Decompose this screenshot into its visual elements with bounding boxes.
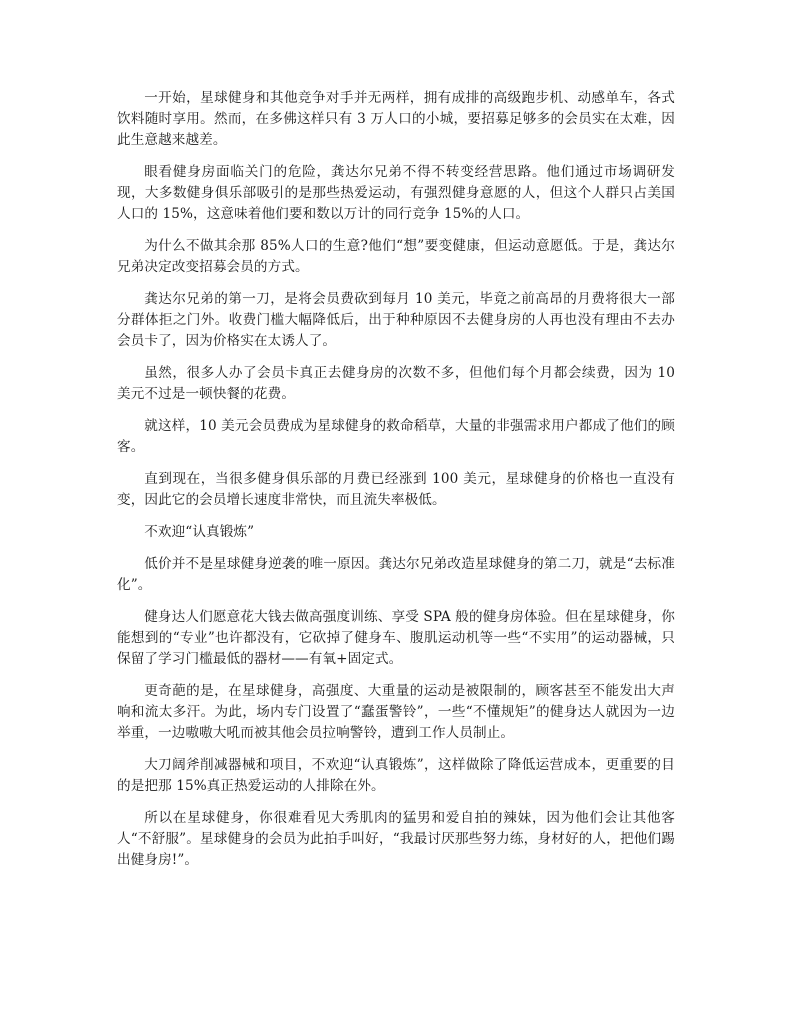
paragraph-11: 更奇葩的是，在星球健身，高强度、大重量的运动是被限制的，顾客甚至不能发出大声响和… xyxy=(117,681,675,744)
paragraph-12: 大刀阔斧削减器械和项目，不欢迎“认真锻炼”，这样做除了降低运营成本，更重要的目的… xyxy=(117,755,675,797)
paragraph-3: 为什么不做其余那 85%人口的生意?他们“想”要变健康，但运动意愿低。于是，龚达… xyxy=(117,236,675,278)
document-page: 一开始，星球健身和其他竞争对手并无两样，拥有成排的高级跑步机、动感单车，各式饮料… xyxy=(117,88,675,882)
paragraph-9: 低价并不是星球健身逆袭的唯一原因。龚达尔兄弟改造星球健身的第二刀，就是“去标准化… xyxy=(117,554,675,596)
paragraph-13: 所以在星球健身，你很难看见大秀肌肉的猛男和爱自拍的辣妹，因为他们会让其他客人“不… xyxy=(117,808,675,871)
paragraph-7: 直到现在，当很多健身俱乐部的月费已经涨到 100 美元，星球健身的价格也一直没有… xyxy=(117,469,675,511)
paragraph-10: 健身达人们愿意花大钱去做高强度训练、享受 SPA 般的健身房体验。但在星球健身，… xyxy=(117,607,675,670)
paragraph-2: 眼看健身房面临关门的危险，龚达尔兄弟不得不转变经营思路。他们通过市场调研发现，大… xyxy=(117,162,675,225)
paragraph-4: 龚达尔兄弟的第一刀，是将会员费砍到每月 10 美元，毕竟之前高昂的月费将很大一部… xyxy=(117,289,675,352)
section-heading: 不欢迎“认真锻炼” xyxy=(117,522,675,543)
paragraph-1: 一开始，星球健身和其他竞争对手并无两样，拥有成排的高级跑步机、动感单车，各式饮料… xyxy=(117,88,675,151)
paragraph-6: 就这样，10 美元会员费成为星球健身的救命稻草，大量的非强需求用户都成了他们的顾… xyxy=(117,416,675,458)
paragraph-5: 虽然，很多人办了会员卡真正去健身房的次数不多，但他们每个月都会续费，因为 10 … xyxy=(117,363,675,405)
